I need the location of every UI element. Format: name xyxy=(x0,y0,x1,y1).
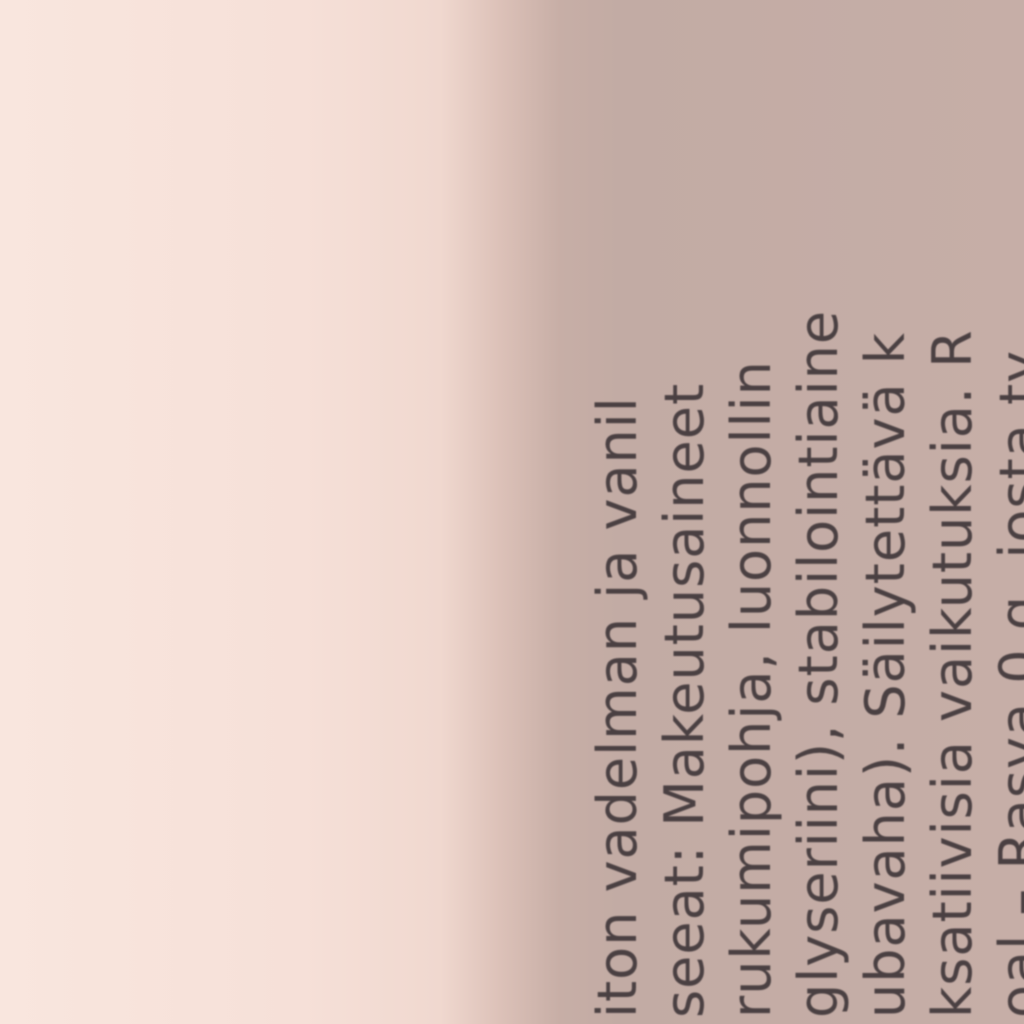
label-line: oal – Rasva 0 g, josta ty xyxy=(986,0,1024,1018)
label-line: iton vadelman ja vanil xyxy=(584,0,651,1018)
package-photo: iton vadelman ja vanil seeat: Makeutusai… xyxy=(0,0,1024,1024)
ingredient-label: iton vadelman ja vanil seeat: Makeutusai… xyxy=(584,0,1024,1024)
label-line: glyseriini), stabilointiaine xyxy=(785,0,852,1018)
label-line: rukumipohja, luonnollin xyxy=(718,0,785,1018)
label-line: seeat: Makeutusaineet xyxy=(651,0,718,1018)
label-line: ksatiivisia vaikutuksia. R xyxy=(919,0,986,1018)
label-line: ubavaha). Säilytettävä k xyxy=(852,0,919,1018)
